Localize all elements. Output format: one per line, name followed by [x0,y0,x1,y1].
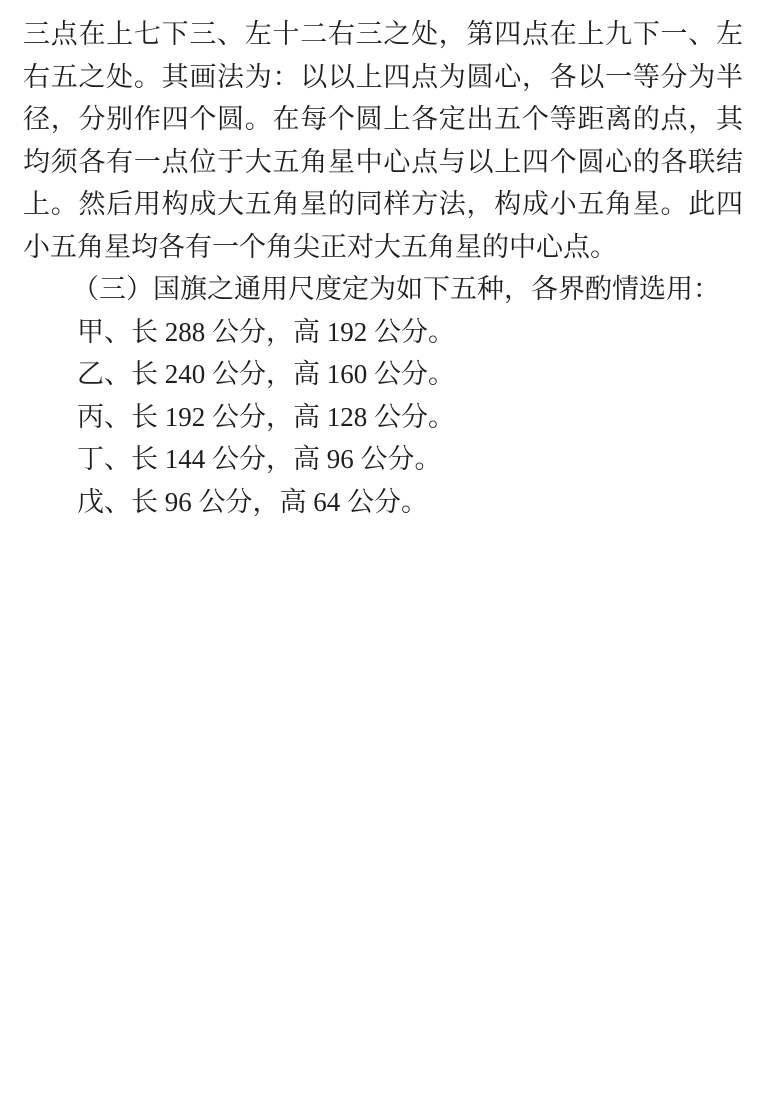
paragraph-line-6: 小五角星均各有一个角尖正对大五角星的中心点。 [23,226,743,269]
paragraph-line-4: 均须各有一点位于大五角星中心点与以上四个圆心的各联结线 [23,141,743,184]
paragraph-line-1: 三点在上七下三、左十二右三之处，第四点在上九下一、左十 [23,13,743,56]
size-item-3: 丙、长 192 公分，高 128 公分。 [23,396,743,439]
document-page: { "page": { "background_color": "#ffffff… [0,0,766,1109]
size-item-5: 戊、长 96 公分，高 64 公分。 [23,481,743,524]
size-item-2: 乙、长 240 公分，高 160 公分。 [23,353,743,396]
paragraph-line-5: 上。然后用构成大五角星的同样方法，构成小五角星。此四颗 [23,183,743,226]
size-item-4: 丁、长 144 公分，高 96 公分。 [23,438,743,481]
paragraph-line-2: 右五之处。其画法为：以以上四点为圆心，各以一等分为半 [23,56,743,99]
section-heading: （三）国旗之通用尺度定为如下五种，各界酌情选用： [23,268,743,311]
paragraph-line-3: 径，分别作四个圆。在每个圆上各定出五个等距离的点，其中 [23,98,743,141]
page-content: 三点在上七下三、左十二右三之处，第四点在上九下一、左十 右五之处。其画法为：以以… [23,13,743,523]
size-item-1: 甲、长 288 公分，高 192 公分。 [23,311,743,354]
